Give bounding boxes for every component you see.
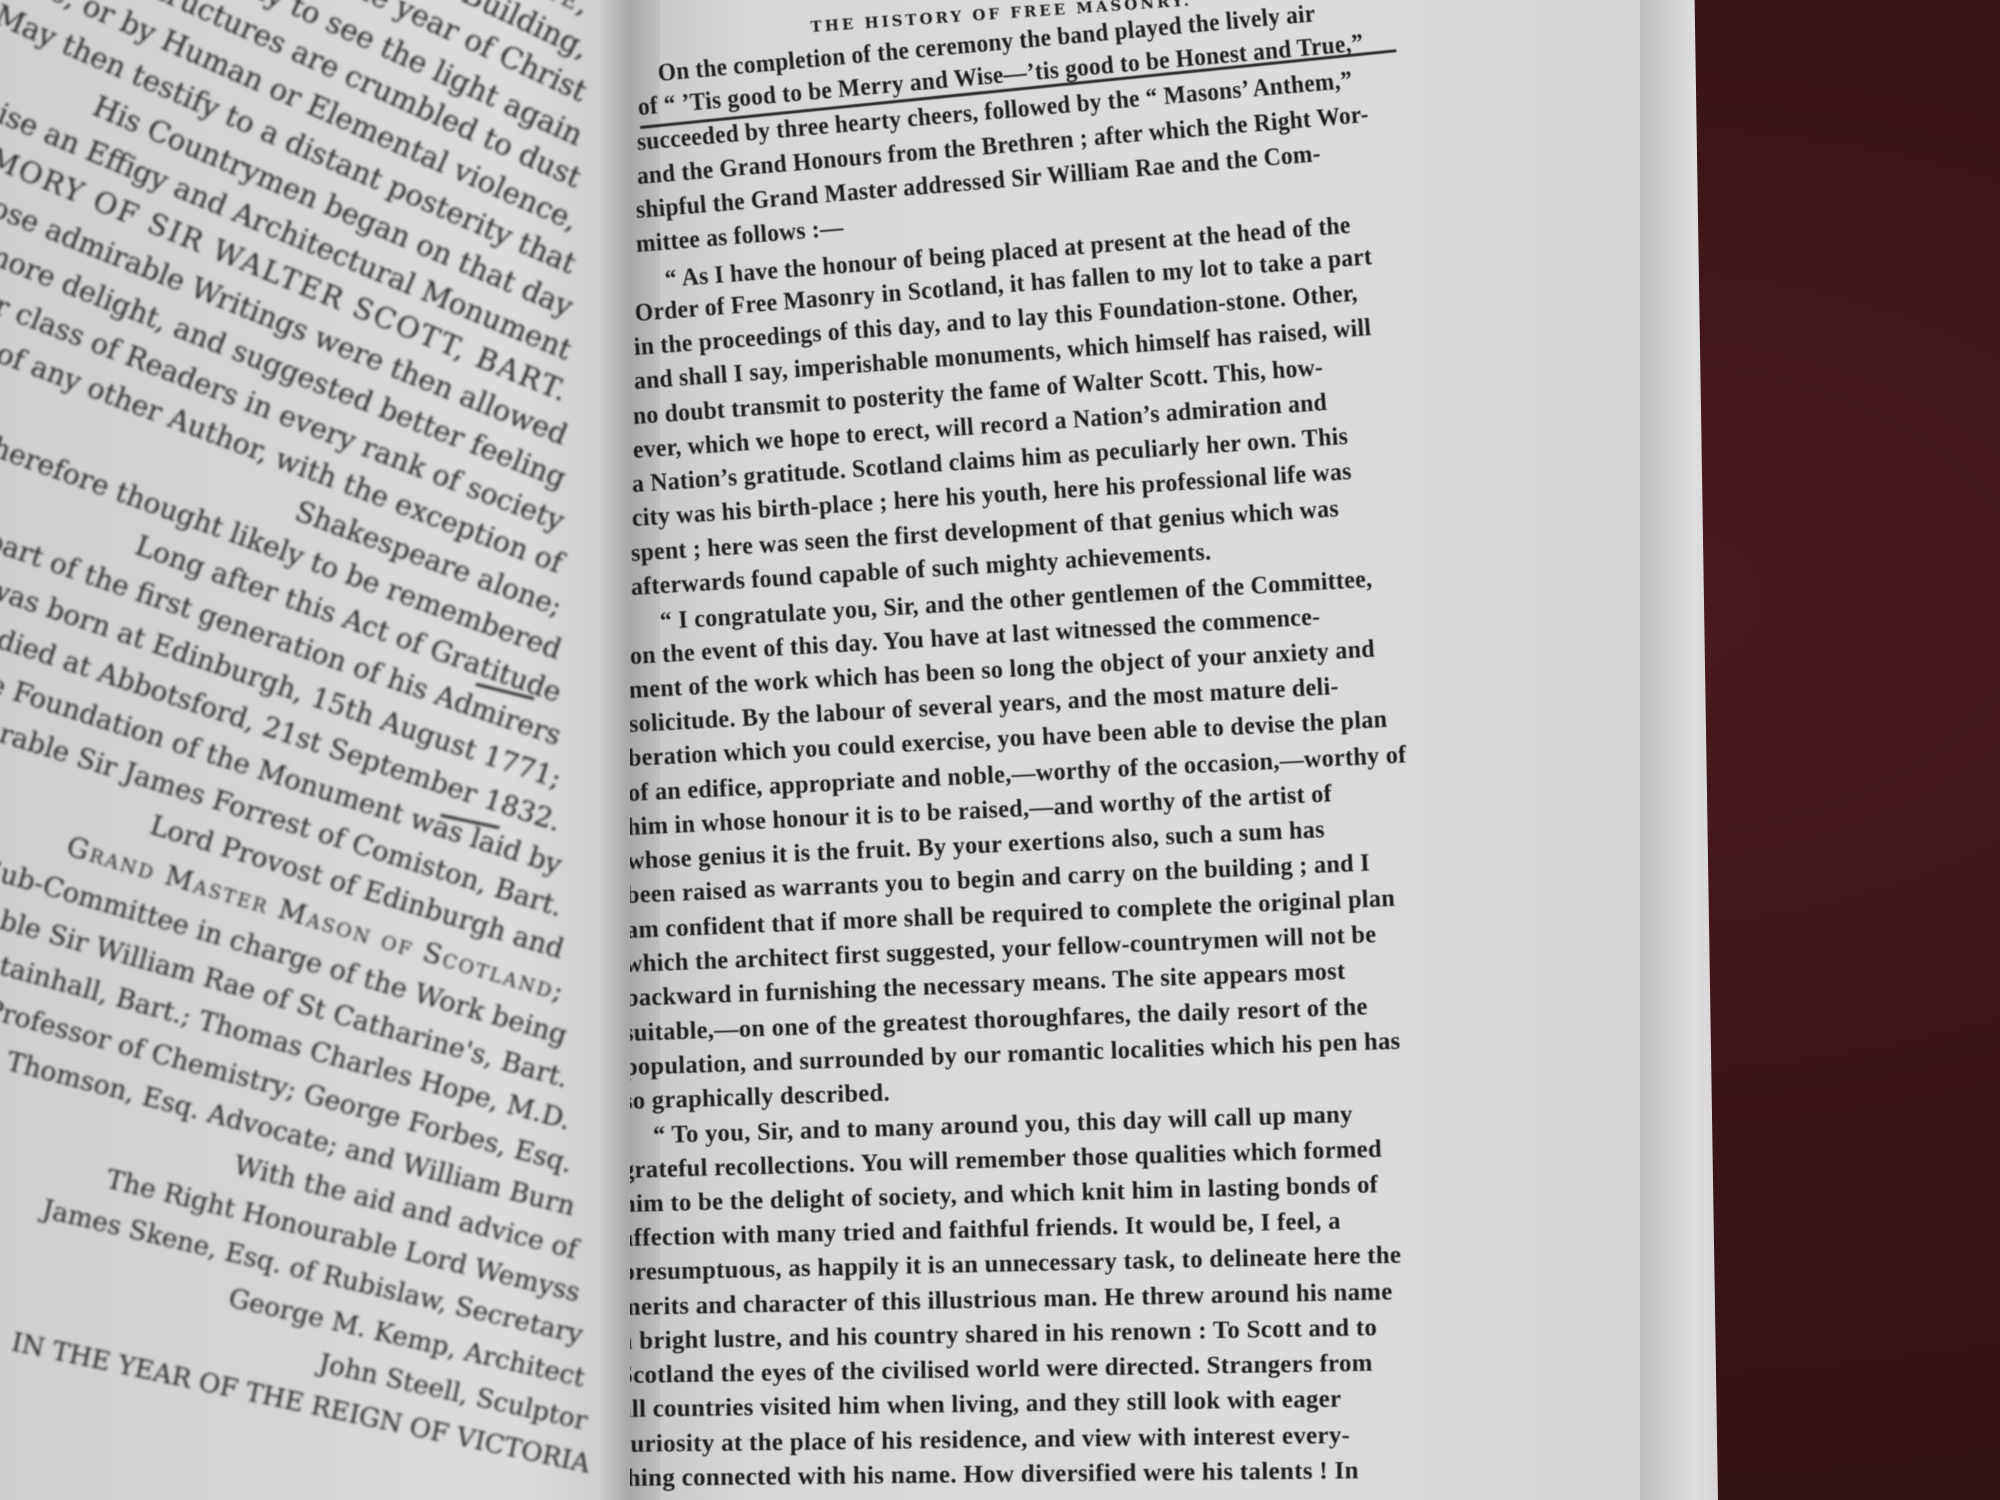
text-line: so graphically described. [630, 1080, 891, 1117]
text-line: all countries visited him when living, a… [630, 1386, 1342, 1424]
right-page-body: THE HISTORY OF FREE MASONRY. On the comp… [630, 0, 1660, 1500]
right-page: THE HISTORY OF FREE MASONRY. On the comp… [630, 0, 1660, 1500]
open-book: This Graven Plate,Deposited in the Base … [0, 0, 1720, 1500]
page-stack-edge [1640, 0, 1718, 1500]
text-line: Scotland the eyes of the civilised world… [630, 1350, 1373, 1390]
book-gutter-shadow [600, 0, 660, 1500]
left-page-verse: This Graven Plate,Deposited in the Base … [0, 0, 640, 1500]
left-page: This Graven Plate,Deposited in the Base … [0, 0, 640, 1500]
text-line: thing connected with his name. How diver… [630, 1457, 1359, 1493]
text-line: a bright lustre, and his country shared … [630, 1314, 1377, 1356]
text-line: curiosity at the place of his residence,… [630, 1422, 1350, 1459]
